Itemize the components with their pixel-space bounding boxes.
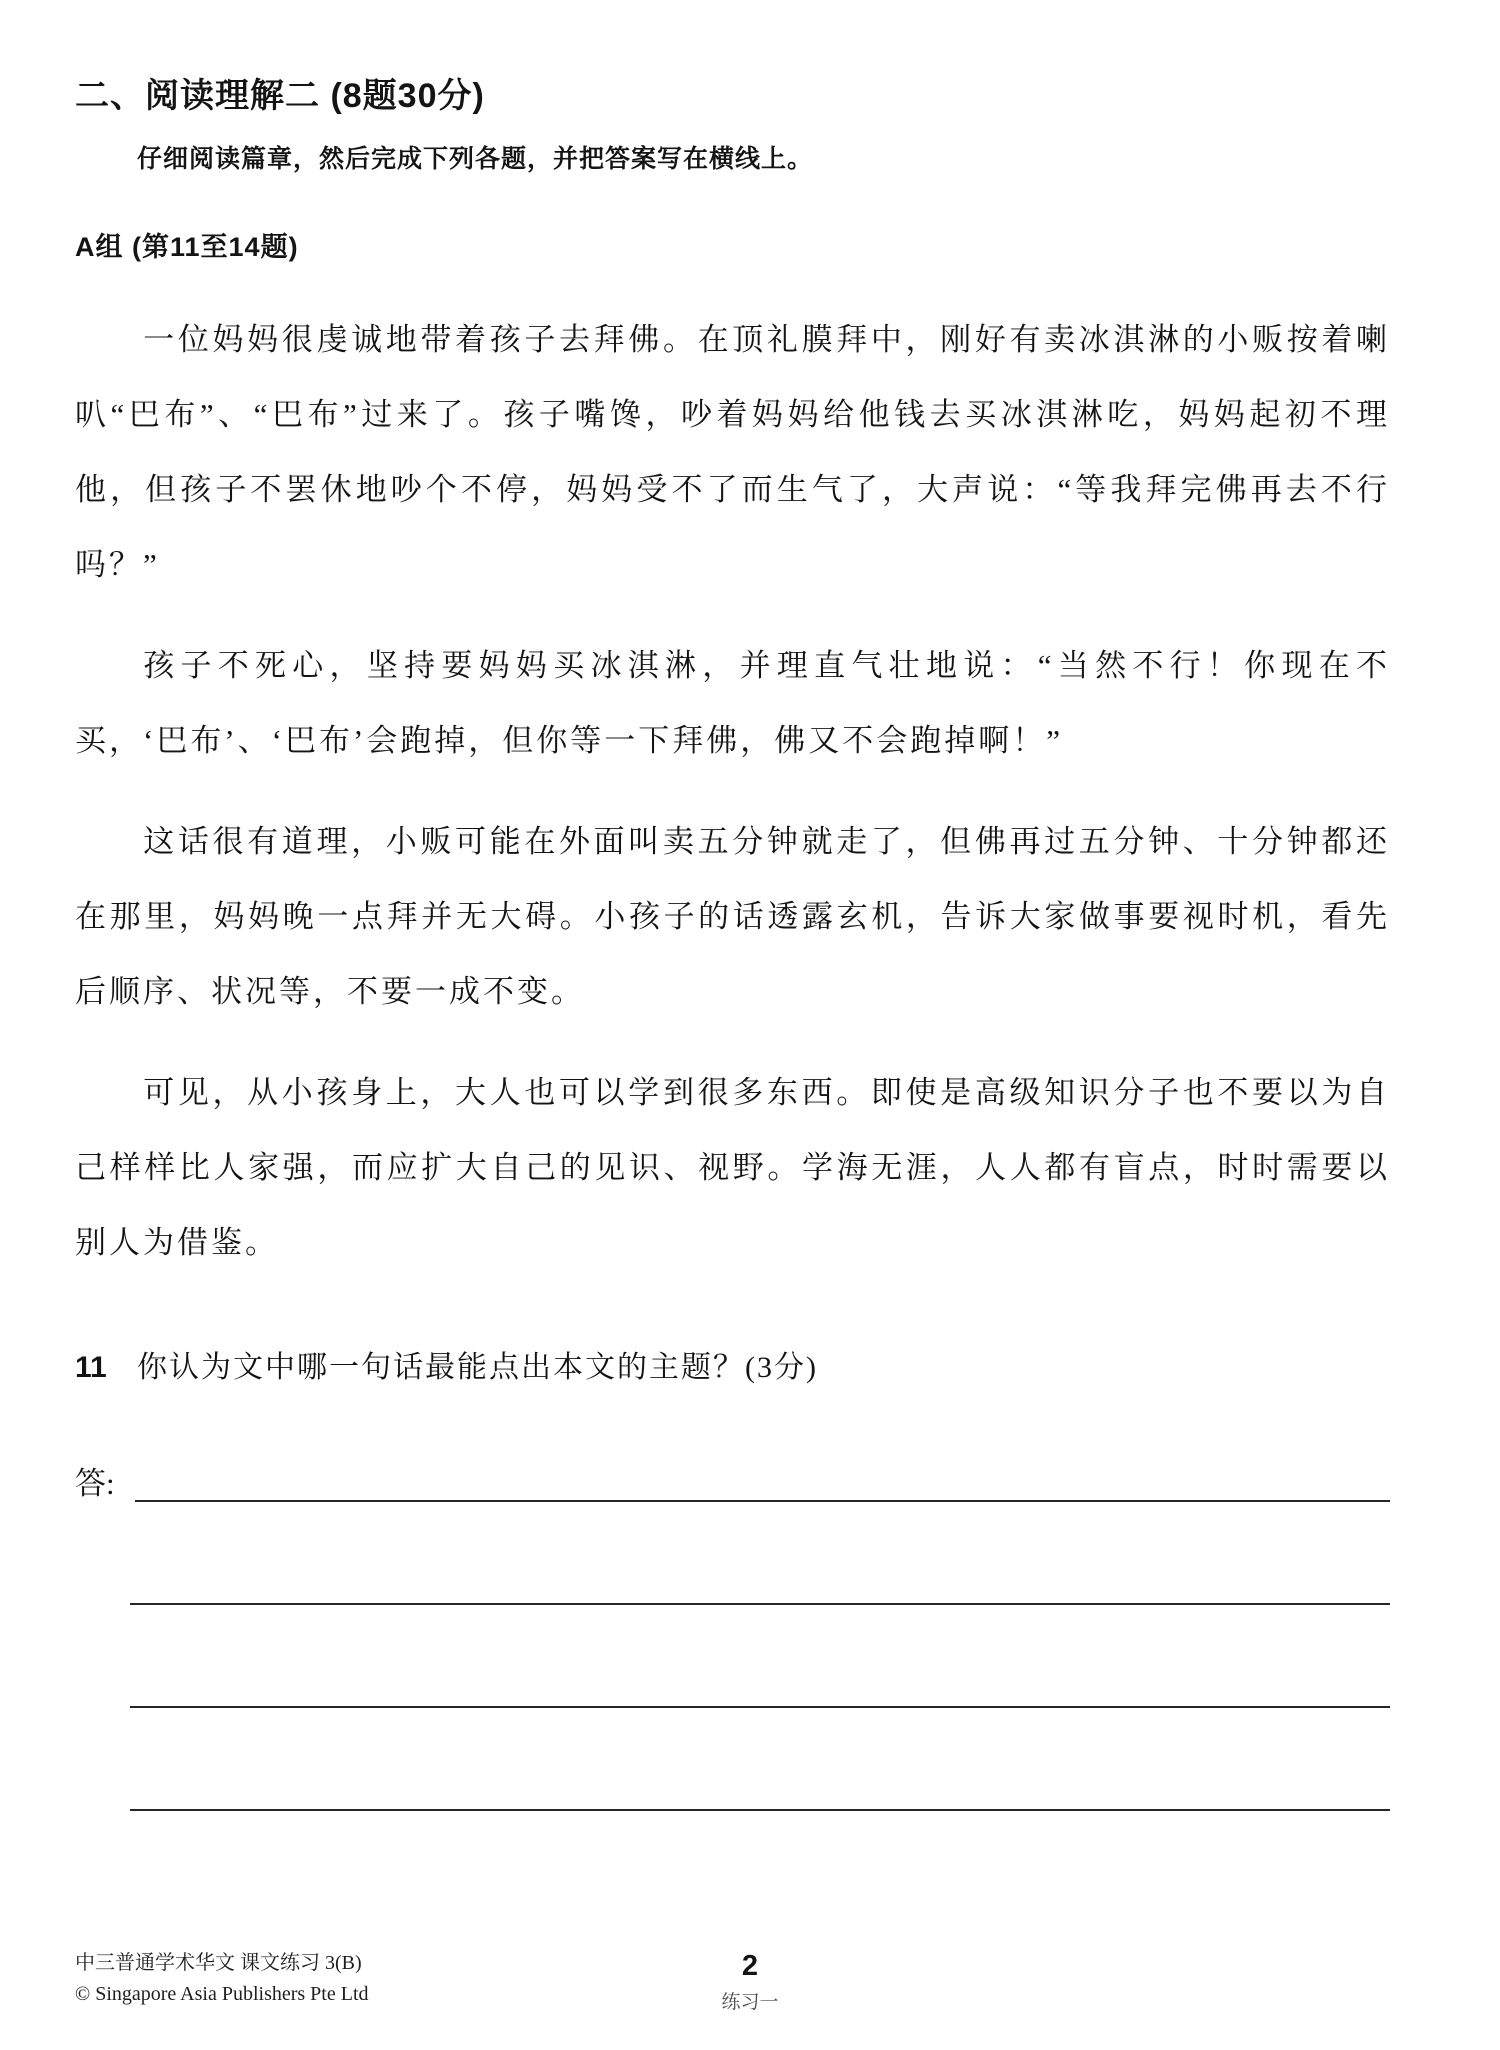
book-title: 中三普通学术华文 课文练习 3(B): [75, 1948, 369, 1979]
answer-line-3: [130, 1668, 1390, 1708]
answer-line-4: [130, 1771, 1390, 1811]
answer-line-2: [130, 1565, 1390, 1605]
answer-row-2: [130, 1567, 1390, 1605]
footer-left: 中三普通学术华文 课文练习 3(B) © Singapore Asia Publ…: [75, 1948, 369, 2010]
answer-row-1: 答:: [75, 1464, 1390, 1502]
worksheet-page: 二、阅读理解二 (8题30分) 仔细阅读篇章，然后完成下列各题，并把答案写在横线…: [0, 0, 1500, 2050]
passage-paragraph-1: 一位妈妈很虔诚地带着孩子去拜佛。在顶礼膜拜中，刚好有卖冰淇淋的小贩按着喇叭“巴布…: [75, 302, 1390, 602]
passage-paragraph-3: 这话很有道理，小贩可能在外面叫卖五分钟就走了，但佛再过五分钟、十分钟都还在那里，…: [75, 804, 1390, 1029]
question-text: 你认为文中哪一句话最能点出本文的主题？(3分): [137, 1342, 818, 1386]
passage-paragraph-4: 可见，从小孩身上，大人也可以学到很多东西。即使是高级知识分子也不要以为自己样样比…: [75, 1055, 1390, 1280]
section-title: 二、阅读理解二 (8题30分): [75, 68, 1390, 117]
answer-row-4: [130, 1773, 1390, 1811]
question-number: 11: [75, 1351, 137, 1385]
copyright-notice: © Singapore Asia Publishers Pte Ltd: [75, 1979, 369, 2010]
reading-passage: 一位妈妈很虔诚地带着孩子去拜佛。在顶礼膜拜中，刚好有卖冰淇淋的小贩按着喇叭“巴布…: [75, 302, 1390, 1280]
answer-row-3: [130, 1670, 1390, 1708]
group-label: A组 (第11至14题): [75, 225, 1390, 264]
passage-paragraph-2: 孩子不死心，坚持要妈妈买冰淇淋，并理直气壮地说：“当然不行！你现在不买，‘巴布’…: [75, 628, 1390, 778]
answer-label: 答:: [75, 1468, 115, 1502]
answer-line-1: [135, 1462, 1390, 1502]
answer-area: 答:: [75, 1464, 1390, 1811]
question-11: 11 你认为文中哪一句话最能点出本文的主题？(3分): [75, 1342, 1390, 1386]
instruction-text: 仔细阅读篇章，然后完成下列各题，并把答案写在横线上。: [137, 139, 1390, 175]
